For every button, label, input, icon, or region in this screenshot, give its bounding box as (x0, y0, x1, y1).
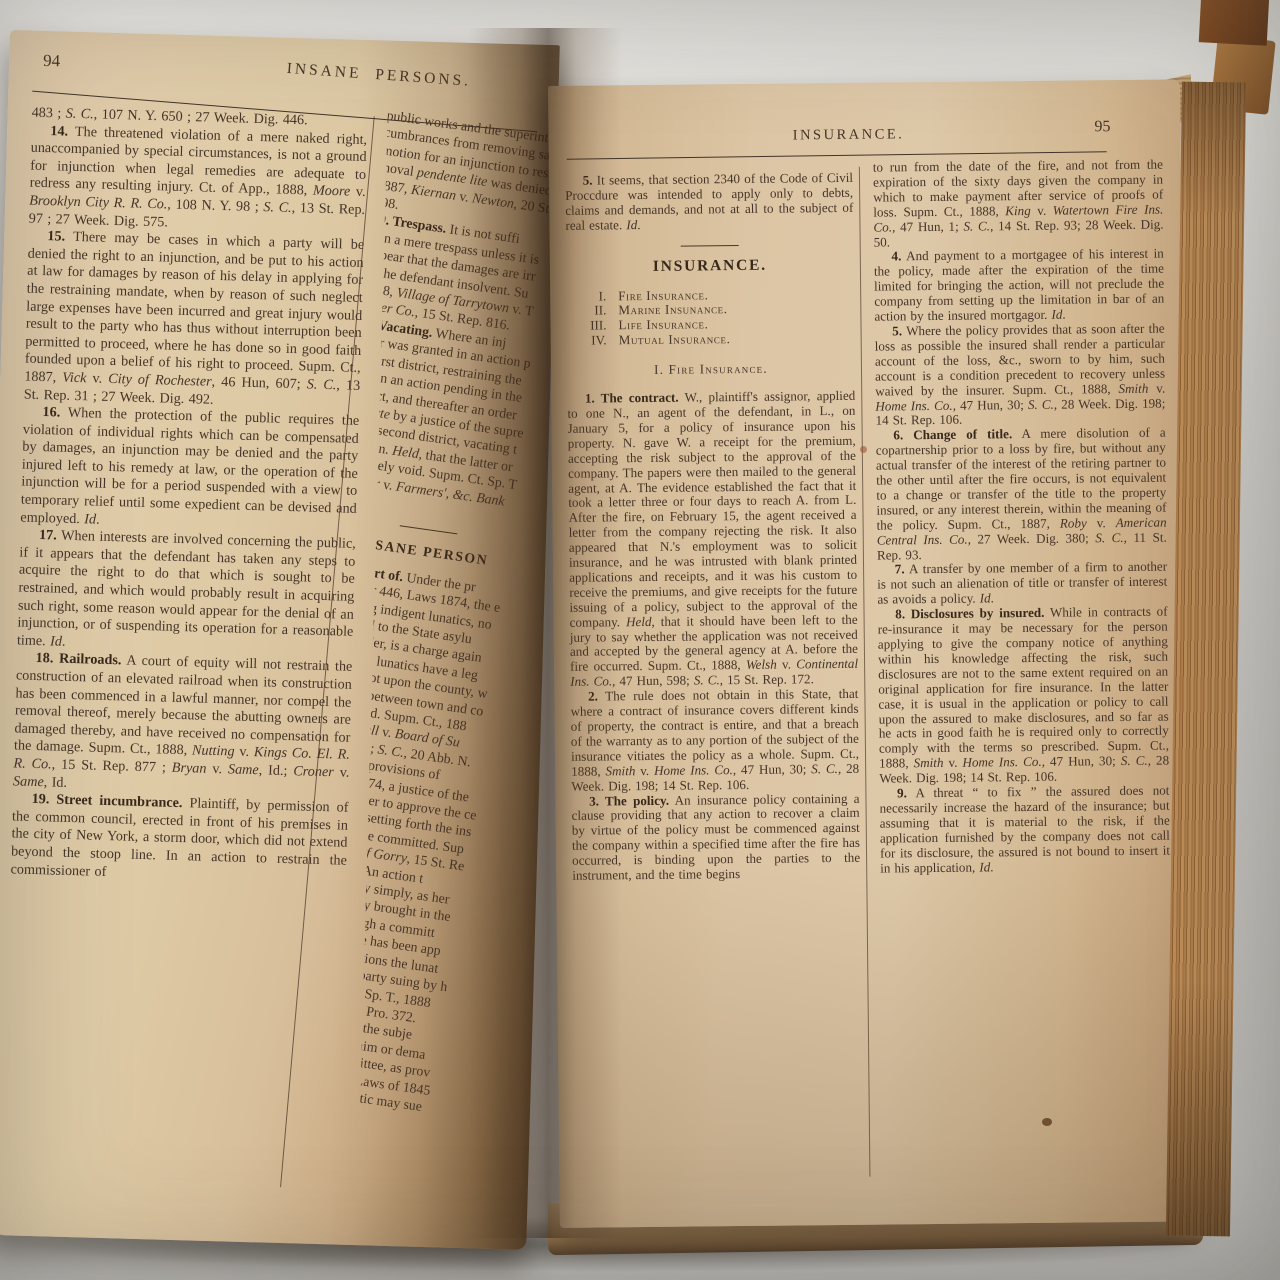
italic-text: Id (84, 511, 96, 527)
text-run: v. (635, 763, 654, 778)
contents-list: I.Fire Insurance.II.Marine Insunance.III… (566, 286, 855, 349)
paragraph: 18. Railroads. A court of equity will no… (13, 650, 353, 800)
italic-text: Id (979, 859, 990, 874)
text-run: . (96, 511, 100, 527)
italic-text: Id (980, 591, 991, 606)
text-run: . (62, 634, 66, 650)
page-stain (860, 446, 867, 453)
subsection-heading: I. Fire Insurance. (567, 361, 855, 379)
bold-text: 1. The contract. (585, 390, 679, 406)
paragraph: 9. A threat “ to fix ” the assured does … (879, 784, 1170, 876)
italic-text: Home Ins. Co. (654, 762, 733, 778)
italic-text: Held (626, 614, 652, 629)
bold-text: 2. (588, 689, 598, 704)
text-run: A transfer by one member of a firm to an… (877, 559, 1167, 607)
text-run: And payment to a mortgagee of his intere… (874, 246, 1164, 324)
page-number-95: 95 (1094, 118, 1110, 136)
bold-text: 15. (47, 228, 65, 244)
text-run: , 47 Hun, 30; (953, 396, 1028, 412)
text-run: . (1062, 307, 1065, 322)
bold-text: 19. Street incumbrance. (31, 791, 182, 811)
bold-text: 9. (897, 785, 907, 800)
photo-background: 94 INSANE PERSONS. 483 ; S. C., 107 N. Y… (0, 0, 1280, 1280)
bold-text: 18. Railroads. (35, 650, 121, 668)
italic-text: Smith (914, 755, 944, 770)
italic-text: S. C. (963, 218, 990, 233)
text-run: 483 ; (31, 105, 65, 122)
bold-text: 14. (50, 123, 68, 139)
bold-text: 4. (891, 249, 901, 264)
italic-text: Home Ins. Co. (962, 754, 1041, 770)
text-run: , 15 St. Rep. 172. (720, 672, 814, 688)
bold-text: 5. (892, 323, 902, 338)
italic-text: Vick (62, 370, 87, 387)
paragraph: 14. The threatened violation of a mere n… (28, 122, 367, 237)
bold-text: 7. (895, 562, 905, 577)
italic-text: Id (50, 633, 62, 649)
cover-corner (1199, 0, 1270, 46)
contents-numeral: IV. (567, 334, 619, 349)
text-run: , 108 N. Y. 98 ; (167, 196, 263, 215)
bold-text: 5. (583, 173, 593, 188)
text-run: v. (1087, 515, 1116, 530)
contents-numeral: II. (566, 304, 618, 319)
text-run: , 47 Hun, 1; (892, 218, 964, 234)
right-page: INSURANCE. 95 5. It seems, that section … (548, 79, 1192, 1228)
contents-numeral: III. (566, 319, 618, 334)
paragraph: 5. Where the policy provides that as soo… (875, 322, 1166, 429)
text-column-right-1: 5. It seems, that section 2340 of the Co… (565, 171, 860, 884)
text-run: When interests are involved concerning t… (17, 528, 356, 649)
paragraph: 5. It seems, that section 2340 of the Co… (565, 171, 854, 234)
text-run: When the protection of the public requir… (20, 405, 359, 527)
italic-text: S. C. (1095, 530, 1123, 545)
italic-text: Smith (1118, 380, 1148, 395)
bold-text: 16. (42, 404, 60, 420)
italic-text: Home Ins. Co. (875, 397, 952, 413)
text-run: v. (777, 657, 797, 672)
text-run: , 15 St. Rep. 877 ; (52, 756, 173, 775)
italic-text: S. C. (694, 673, 720, 688)
column-rule (859, 167, 871, 1177)
italic-text: Same (13, 773, 44, 790)
text-run: v. (1031, 202, 1053, 217)
text-column-right-2: to run from the date of the fire, and no… (873, 158, 1170, 876)
italic-text: Roby (1060, 515, 1087, 530)
italic-text: Id (1051, 307, 1062, 322)
paragraph: 19. Street incumbrance. Plaintiff, by pe… (10, 791, 348, 888)
text-run: , 46 Hun, 607; (211, 374, 307, 393)
italic-text: Nutting (192, 743, 235, 760)
text-run: A threat “ to fix ” the assured does not… (880, 783, 1171, 876)
italic-text: S. C. (65, 106, 93, 123)
text-run: v. (206, 761, 228, 778)
text-run: v. (86, 370, 108, 387)
paragraph: 16. When the protection of the public re… (20, 404, 359, 536)
bold-text: 3. The policy. (589, 792, 669, 808)
italic-text: Smith (605, 763, 635, 778)
italic-text: Brooklyn City R. R. Co. (29, 193, 168, 213)
text-run: , 47 Hun, 598; (612, 673, 694, 689)
contents-item: IV.Mutual Insurance. (567, 331, 855, 349)
italic-text: S. C. (306, 376, 336, 393)
text-run: , Id. (44, 774, 68, 791)
text-run: v. (234, 744, 254, 761)
text-run: v. (943, 755, 962, 770)
paragraph: 15. There may be cases in which a party … (24, 228, 365, 413)
text-run: A court of equity will not restrain the … (14, 653, 353, 759)
fold-shadow (326, 40, 560, 1250)
text-run: , 47 Hun, 30; (1042, 753, 1121, 769)
paragraph: 17. When interests are involved concerni… (17, 527, 356, 659)
italic-text: S. C. (1121, 753, 1148, 768)
italic-text: Same (228, 761, 259, 778)
italic-text: Welsh (746, 657, 777, 672)
section-heading: INSURANCE. (566, 257, 854, 275)
paragraph: 1. The contract. W., plaintiff's assigno… (567, 389, 858, 690)
running-head-insurance: INSURANCE. (548, 124, 1148, 147)
text-run: . (990, 859, 993, 874)
paragraph: 8. Disclosures by insured. While in cont… (877, 605, 1169, 787)
contents-numeral: I. (566, 289, 618, 304)
bold-text: 6. Change of title. (893, 426, 1012, 442)
text-run: W., plaintiff's assignor, applied to one… (567, 388, 857, 630)
page-number-94: 94 (43, 51, 61, 71)
divider-rule (681, 245, 739, 247)
bold-text: 8. Disclosures by insured. (895, 605, 1044, 622)
italic-text: S. C. (811, 761, 838, 776)
italic-text: City of Rochester (108, 371, 212, 390)
text-run: , 27 Week. Dig. 380; (968, 530, 1096, 546)
text-run: There may be cases in which a party will… (24, 229, 364, 386)
text-run: . (991, 591, 994, 606)
paragraph: 7. A transfer by one member of a firm to… (877, 560, 1167, 608)
italic-text: Bryan (172, 760, 207, 777)
italic-text: Id (626, 217, 637, 232)
italic-text: S. C. (263, 199, 292, 216)
paragraph: 2. The rule does not obtain in this Stat… (570, 687, 859, 794)
paragraph: 3. The policy. An insurance policy conta… (571, 791, 860, 883)
italic-text: Moore (313, 183, 351, 200)
text-run: It seems, that section 2340 of the Code … (565, 170, 853, 233)
paragraph: 4. And payment to a mortgagee of his int… (874, 247, 1165, 325)
page-stain (1042, 1118, 1052, 1126)
text-column-left-1: 483 ; S. C., 107 N. Y. 650 ; 27 Week. Di… (10, 105, 367, 888)
contents-label: Mutual Insurance. (619, 332, 731, 348)
paragraph: to run from the date of the fire, and no… (873, 158, 1164, 250)
left-page: 94 INSANE PERSONS. 483 ; S. C., 107 N. Y… (0, 30, 560, 1250)
text-run: v. (1148, 380, 1165, 395)
paragraph: 6. Change of title. A mere disolution of… (876, 426, 1167, 563)
italic-text: Croner (293, 763, 334, 780)
italic-text: S. C. (1028, 396, 1054, 411)
bold-text: 17. (39, 527, 57, 543)
text-run: , Id.; (258, 762, 293, 779)
italic-text: King (1005, 203, 1031, 218)
text-run: While in contracts of re-insurance it ma… (878, 604, 1169, 771)
text-run: , 47 Hun, 30; (733, 761, 812, 777)
text-run: . (637, 217, 640, 232)
